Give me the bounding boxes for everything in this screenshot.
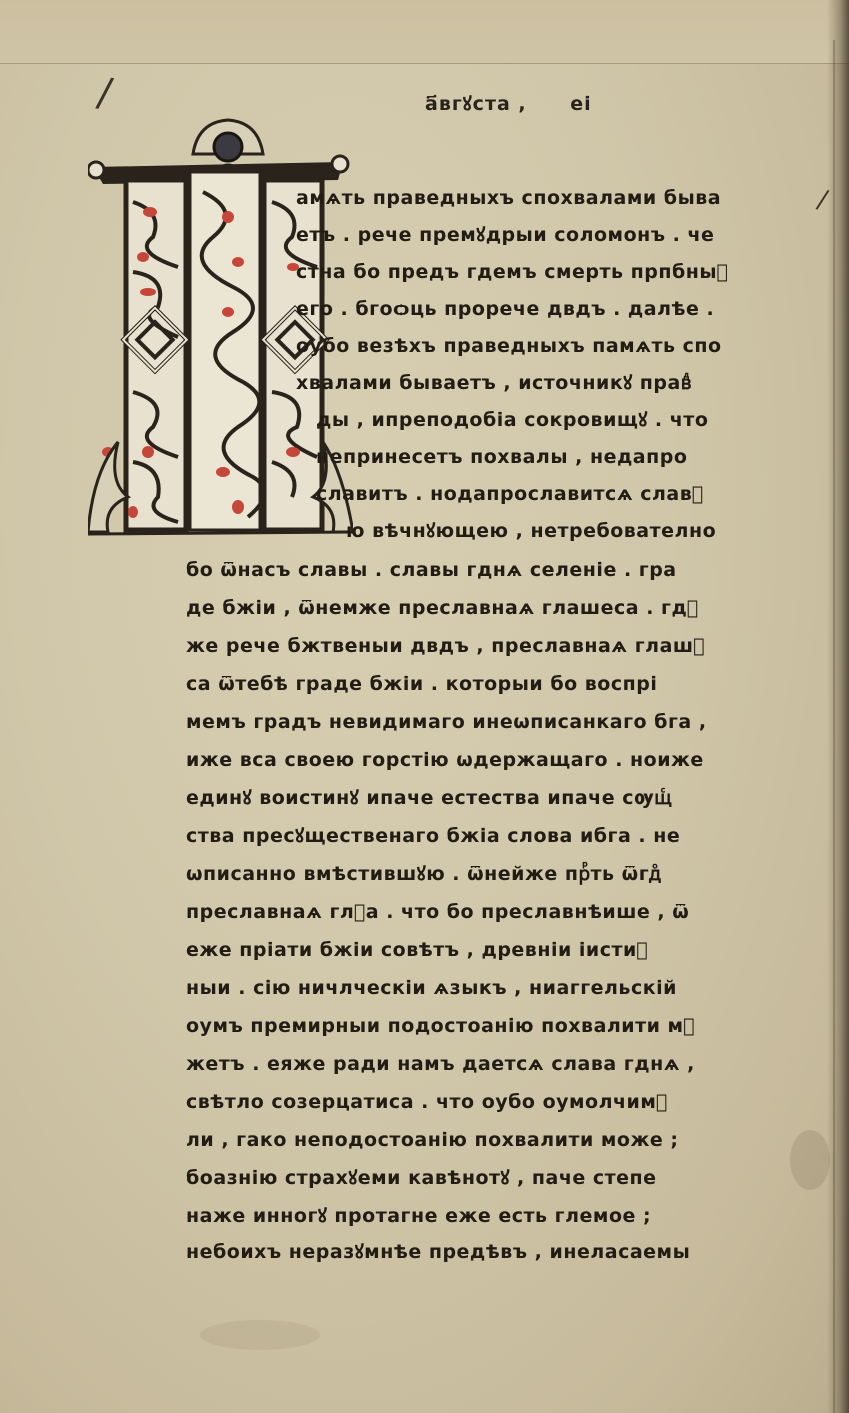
text-line: иже вса своею горстію ѡдержащаго . ноиже bbox=[186, 742, 704, 778]
text-line: стна бо предъ гдемъ смерть прпбныⷯ bbox=[296, 254, 728, 290]
text-line: ѡписанно вмѣстившꙋю . ѿнейже прⷬть ѿгдⷪ bbox=[186, 856, 661, 892]
folio-number: еі bbox=[570, 93, 591, 115]
text-line: са ѿтебѣ граде бжіи . которыи бо воспрі bbox=[186, 666, 657, 702]
text-line: ю вѣчнꙋющею , нетребователно bbox=[346, 513, 716, 549]
text-line: наже инногꙋ протагне еже есть глемое ; bbox=[186, 1198, 651, 1234]
left-margin-mark: / bbox=[94, 69, 115, 117]
illuminated-initial-pe-icon bbox=[88, 112, 353, 542]
text-line: единꙋ воистинꙋ ипаче естества ипаче сѹщⷭ bbox=[186, 780, 672, 816]
text-line: етъ . рече премꙋдрыи соломонъ . че bbox=[296, 217, 714, 253]
manuscript-page: а҃вгꙋста , еі bbox=[0, 0, 849, 1413]
page-top-edge bbox=[0, 0, 849, 64]
paper-stain bbox=[200, 1320, 320, 1350]
running-header: а҃вгꙋста , еі bbox=[425, 90, 592, 116]
text-line: преславнаѧ глⷭа . что бо преславнѣише , … bbox=[186, 894, 689, 930]
text-line: славитъ . нодапрославитсѧ славⷪ bbox=[316, 476, 704, 512]
text-line: мемъ градъ невидимаго инеѡписанкаго бга … bbox=[186, 704, 707, 740]
running-title: а҃вгꙋста bbox=[425, 93, 511, 115]
text-line: ли , гако неподостоанію похвалити може ; bbox=[186, 1122, 679, 1158]
text-line: де бжіи , ѿнемже преславнаѧ глашеса . гд… bbox=[186, 590, 699, 626]
text-line: же рече бжтвеныи двдъ , преславнаѧ глашⷭ bbox=[186, 628, 705, 664]
text-line: боазнію страхꙋеми кавѣнотꙋ , паче степе bbox=[186, 1160, 657, 1196]
spine-shadow bbox=[827, 0, 849, 1413]
text-line: амѧть праведныхъ спохвалами быва bbox=[296, 180, 721, 216]
text-line: жетъ . еяже ради намъ даетсѧ слава гднѧ … bbox=[186, 1046, 695, 1082]
paper-stain bbox=[790, 1130, 830, 1190]
text-line: хвалами бываетъ , источникꙋ правⷣ bbox=[296, 365, 692, 401]
text-line: бо ѿнасъ славы . славы гднѧ селеніе . гр… bbox=[186, 552, 677, 588]
text-line: непринесетъ похвалы , недапро bbox=[316, 439, 687, 475]
text-line: еже пріати бжіи совѣтъ , древніи іистиⷩ bbox=[186, 932, 648, 968]
text-line: свѣтло созерцатиса . что оубо оумолчимⷪ bbox=[186, 1084, 668, 1120]
gutter-line bbox=[833, 40, 835, 1413]
text-line: небоихъ неразꙋмнѣе предѣвъ , инеласаемы bbox=[186, 1234, 690, 1270]
text-line: оубо везѣхъ праведныхъ памѧть спо bbox=[296, 328, 722, 364]
text-line: ства пресꙋщественаго бжіа слова ибга . н… bbox=[186, 818, 680, 854]
text-line: оумъ премирныи подостоанію похвалити мⷪ bbox=[186, 1008, 695, 1044]
text-line: ныи . сію ничлческіи ѧзыкъ , ниаггельскі… bbox=[186, 970, 677, 1006]
text-line: его . бгоѻць прорече двдъ . далѣе . bbox=[296, 291, 714, 327]
text-line: ды , ипреподобіа сокровищꙋ . что bbox=[316, 402, 708, 438]
header-separator: , bbox=[518, 93, 526, 115]
